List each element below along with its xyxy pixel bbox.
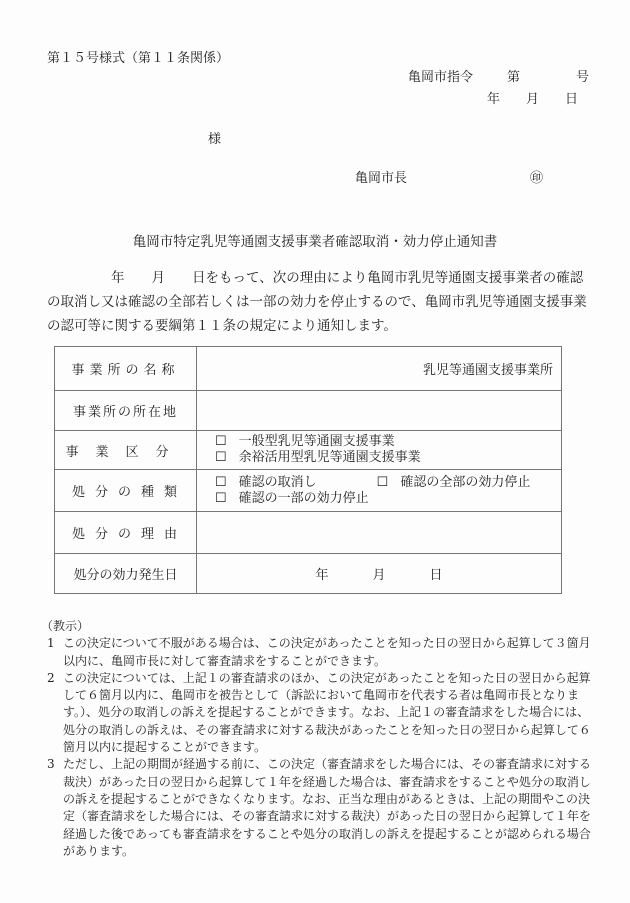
option-partial-suspension: 確認の一部の効力停止 bbox=[239, 491, 369, 506]
option-cancel: 確認の取消し bbox=[239, 475, 317, 490]
instructions-heading: （教示） bbox=[41, 618, 592, 635]
body-line-1: 年 月 日をもって、次の理由により亀岡市乳児等通園支援事業者の確認 bbox=[47, 266, 587, 290]
instructions-section: （教示） 1この決定について不服がある場合は、この決定があったことを知った日の翌… bbox=[47, 618, 592, 860]
table-row: 事業所の名称 乳児等通園支援事業所 bbox=[55, 347, 562, 391]
effective-day: 日 bbox=[430, 564, 443, 583]
instruction-number: 1 bbox=[47, 635, 63, 652]
label-facility-address: 事業所の所在地 bbox=[55, 391, 197, 431]
effective-year: 年 bbox=[315, 564, 328, 583]
table-row: 処分の種類 ☐確認の取消し☐確認の全部の効力停止 ☐確認の一部の効力停止 bbox=[55, 470, 562, 512]
order-number-line: 亀岡市指令第号 bbox=[408, 66, 589, 85]
order-prefix: 亀岡市指令 bbox=[408, 66, 473, 85]
label-effective-date: 処分の効力発生日 bbox=[55, 554, 197, 594]
label-facility-name: 事業所の名称 bbox=[55, 347, 197, 391]
table-row: 事業所の所在地 bbox=[55, 391, 562, 431]
disposition-type-options: ☐確認の取消し☐確認の全部の効力停止 ☐確認の一部の効力停止 bbox=[197, 470, 562, 512]
document-title: 亀岡市特定乳児等通園支援事業者確認取消・効力停止通知書 bbox=[0, 230, 630, 250]
checkbox-full-suspension[interactable]: ☐ bbox=[377, 475, 389, 491]
checkbox-surplus-type[interactable]: ☐ bbox=[215, 450, 227, 466]
disposition-reason-value[interactable] bbox=[197, 512, 562, 554]
seal-mark: ㊞ bbox=[530, 167, 543, 186]
table-row: 処分の効力発生日 年月日 bbox=[55, 554, 562, 594]
checkbox-partial-suspension[interactable]: ☐ bbox=[215, 491, 227, 507]
facility-name-value[interactable]: 乳児等通園支援事業所 bbox=[197, 347, 562, 391]
table-row: 処分の理由 bbox=[55, 512, 562, 554]
facility-address-value[interactable] bbox=[197, 391, 562, 431]
instruction-text: ただし、上記の期間が経過する前に、この決定（審査請求をした場合には、その審査請求… bbox=[63, 757, 591, 857]
label-disposition-type: 処分の種類 bbox=[55, 470, 197, 512]
issue-date-line: 年月日 bbox=[487, 88, 578, 107]
business-category-options: ☐一般型乳児等通園支援事業 ☐余裕活用型乳児等通園支援事業 bbox=[197, 431, 562, 470]
instruction-number: 3 bbox=[47, 756, 63, 773]
instruction-item: 3ただし、上記の期間が経過する前に、この決定（審査請求をした場合には、その審査請… bbox=[47, 756, 592, 860]
notice-form-table: 事業所の名称 乳児等通園支援事業所 事業所の所在地 事業区分 ☐一般型乳児等通園… bbox=[54, 346, 562, 594]
checkbox-cancel[interactable]: ☐ bbox=[215, 475, 227, 491]
issue-day: 日 bbox=[565, 88, 578, 107]
addressee-suffix: 様 bbox=[208, 128, 221, 147]
option-general-type: 一般型乳児等通園支援事業 bbox=[239, 434, 395, 449]
issuer-name: 亀岡市長 bbox=[355, 167, 407, 186]
checkbox-general-type[interactable]: ☐ bbox=[215, 434, 227, 450]
instruction-text: この決定については、上記１の審査請求のほか、この決定があったことを知った日の翌日… bbox=[63, 671, 591, 754]
issue-year: 年 bbox=[487, 88, 500, 107]
body-line-2: の取消し又は確認の全部若しくは一部の効力を停止するので、亀岡市乳児等通園支援事業 bbox=[47, 290, 587, 314]
form-number: 第１５号様式（第１１条関係） bbox=[47, 47, 229, 66]
issue-month: 月 bbox=[526, 88, 539, 107]
option-full-suspension: 確認の全部の効力停止 bbox=[400, 475, 530, 490]
option-surplus-type: 余裕活用型乳児等通園支援事業 bbox=[239, 450, 421, 465]
table-row: 事業区分 ☐一般型乳児等通園支援事業 ☐余裕活用型乳児等通園支援事業 bbox=[55, 431, 562, 470]
instruction-item: 2この決定については、上記１の審査請求のほか、この決定があったことを知った日の翌… bbox=[47, 670, 592, 756]
label-business-category: 事業区分 bbox=[55, 431, 197, 470]
label-disposition-reason: 処分の理由 bbox=[55, 512, 197, 554]
body-line-3: の認可等に関する要綱第１１条の規定により通知します。 bbox=[47, 314, 587, 338]
instruction-text: この決定について不服がある場合は、この決定があったことを知った日の翌日から起算し… bbox=[63, 636, 591, 667]
instruction-number: 2 bbox=[47, 670, 63, 687]
effective-month: 月 bbox=[372, 564, 385, 583]
effective-date-value[interactable]: 年月日 bbox=[197, 554, 562, 594]
body-paragraph: 年 月 日をもって、次の理由により亀岡市乳児等通園支援事業者の確認 の取消し又は… bbox=[47, 266, 587, 338]
instruction-item: 1この決定について不服がある場合は、この決定があったことを知った日の翌日から起算… bbox=[47, 635, 592, 670]
order-go: 号 bbox=[576, 66, 589, 85]
order-dai: 第 bbox=[507, 66, 520, 85]
